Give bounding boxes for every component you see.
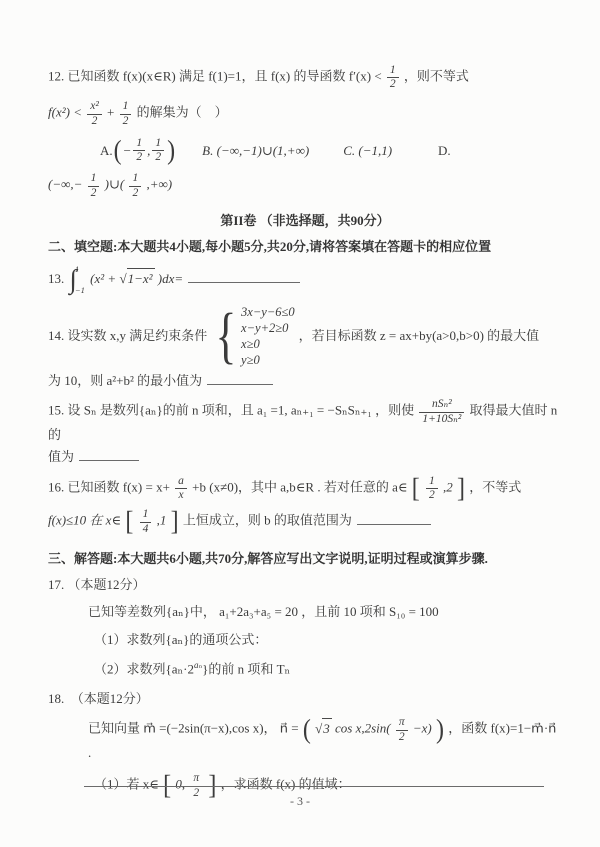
exponent: aₙ: [194, 660, 202, 670]
fraction-numerator: 1: [88, 172, 100, 185]
fraction: π2: [396, 716, 408, 743]
q17-given-text: 已知等差数列{aₙ}中， a₁+2a₃+a₅ = 20 ，且前 10 项和 S₁…: [88, 604, 439, 619]
constraint-2: x−y+2≥0: [241, 320, 295, 336]
q16-stem-text: ，不等式: [469, 480, 521, 495]
fraction-numerator: a: [175, 475, 187, 488]
question-15-line2: 值为: [48, 448, 562, 466]
question-14: 14. 设实数 x,y 满足约束条件 { 3x−y−6≤0 x−y+2≥0 x≥…: [48, 304, 562, 368]
exam-page: 12. 已知函数 f(x)(x∈R) 满足 f(1)=1，且 f(x) 的导函数…: [0, 0, 600, 847]
fraction-numerator: 1: [129, 172, 141, 185]
q16-interval-tail: ,2: [443, 480, 453, 495]
radicand: 1−x²: [127, 268, 155, 288]
fraction-numerator: π: [190, 772, 202, 785]
q13-number: 13.: [48, 271, 64, 286]
question-18-title: 18. （本题12分）: [48, 690, 562, 708]
q14-stem-text: 14. 设实数 x,y 满足约束条件: [48, 327, 207, 345]
q16-line2-text: 上恒成立，则 b 的取值范围为: [183, 513, 352, 528]
fraction-denominator: x: [175, 488, 187, 502]
option-d-continuation: (−∞,− 12 )∪( 12 ,+∞): [48, 172, 562, 199]
fraction-denominator: 2: [120, 114, 132, 128]
q18-title-text: 18. （本题12分）: [48, 691, 149, 706]
minus-sign: −: [123, 142, 132, 160]
fraction: x²2: [87, 100, 102, 127]
fraction-denominator: 1+10Sₙ²: [419, 412, 464, 426]
left-brace: {: [216, 307, 237, 365]
section-3-header: 三、解答题:本大题共6小题,共70分,解答应写出文字说明,证明过程或演算步骤.: [48, 550, 562, 568]
fraction-denominator: 2: [129, 186, 141, 200]
question-17-part1: （1）求数列{aₙ}的通项公式：: [94, 631, 562, 649]
fraction-denominator: 2: [396, 730, 408, 744]
q12-stem-text: 的解集为（ ）: [137, 105, 228, 120]
q14-line2-text: 为 10，则 a²+b² 的最小值为: [48, 373, 202, 388]
q18-part1-text: （1）若 x∈: [94, 777, 159, 792]
q15-stem-text: 15. 设 Sₙ 是数列{aₙ}的前 n 项和，且 a₁ =1, aₙ₊₁ = …: [48, 403, 414, 418]
fraction-numerator: x²: [87, 100, 102, 113]
page-number: - 3 -: [0, 793, 600, 809]
open-bracket: [: [125, 508, 133, 536]
option-d-text: )∪(: [105, 177, 125, 192]
q17-title-text: 17. （本题12分）: [48, 577, 146, 592]
option-d-text: ,+∞): [146, 177, 172, 192]
answer-blank: [207, 372, 273, 385]
constraint-3: x≥0: [241, 336, 295, 352]
fraction-denominator: 2: [387, 77, 399, 91]
square-root: √3: [315, 721, 332, 736]
fraction-numerator: 1: [387, 64, 399, 77]
fraction-denominator: 2: [152, 150, 164, 164]
option-d-label: D.: [438, 142, 451, 160]
close-bracket: ]: [171, 508, 179, 536]
close-paren: ): [436, 716, 444, 744]
q18-part1-text: ，求函数 f(x) 的值域：: [221, 777, 351, 792]
constraint-4: y≥0: [241, 352, 295, 368]
q17-part2-text: （2）求数列{aₙ·2: [94, 661, 194, 676]
integral-limits: 1−1: [75, 265, 85, 295]
option-a: A. ( − 12 , 12 ): [100, 137, 176, 164]
question-12-stem-line2: f(x²) < x²2 + 12 的解集为（ ）: [48, 100, 562, 127]
integral-lower-limit: −1: [75, 286, 85, 295]
constraint-1: 3x−y−6≤0: [241, 304, 295, 320]
q18-given-text: 已知向量 m⃗ =(−2sin(π−x),cos x)， n⃗ =: [88, 721, 299, 736]
fraction: 12: [120, 100, 132, 127]
section-2-title: 二、填空题:本大题共4小题,每小题5分,共20分,请将答案填在答题卡的相应位置: [48, 239, 491, 254]
radical-sign: √: [119, 271, 126, 286]
fraction-numerator: 1: [152, 137, 164, 150]
close-paren: ): [167, 137, 175, 165]
constraint-rows: 3x−y−6≤0 x−y+2≥0 x≥0 y≥0: [241, 304, 295, 368]
section-3-title: 三、解答题:本大题共6小题,共70分,解答应写出文字说明,证明过程或演算步骤.: [48, 551, 488, 566]
fraction-numerator: 1: [426, 475, 438, 488]
fraction-numerator: π: [396, 716, 408, 729]
question-17-given: 已知等差数列{aₙ}中， a₁+2a₃+a₅ = 20 ，且前 10 项和 S₁…: [88, 603, 562, 621]
fraction: 12: [88, 172, 100, 199]
option-d-text: (−∞,−: [48, 177, 82, 192]
integral: ∫ 1−1: [70, 265, 85, 295]
fraction-numerator: nSₙ²: [419, 398, 464, 411]
footer-divider: [84, 786, 544, 787]
open-bracket: [: [412, 475, 420, 503]
question-17-title: 17. （本题12分）: [48, 576, 562, 594]
q16-line2-text: f(x)≤10 在 x∈: [48, 513, 121, 528]
question-16: 16. 已知函数 f(x) = x+ ax +b (x≠0)，其中 a,b∈R …: [48, 475, 562, 502]
constraint-system: { 3x−y−6≤0 x−y+2≥0 x≥0 y≥0: [211, 304, 294, 368]
section-2-header: 二、填空题:本大题共4小题,每小题5分,共20分,请将答案填在答题卡的相应位置: [48, 238, 562, 256]
question-15: 15. 设 Sₙ 是数列{aₙ}的前 n 项和，且 a₁ =1, aₙ₊₁ = …: [48, 398, 562, 443]
fraction-denominator: 2: [88, 186, 100, 200]
fraction-numerator: 1: [120, 100, 132, 113]
question-12-stem-line1: 12. 已知函数 f(x)(x∈R) 满足 f(1)=1，且 f(x) 的导函数…: [48, 64, 562, 91]
q14-stem-text: ，若目标函数 z = ax+by(a>0,b>0) 的最大值: [299, 327, 540, 345]
option-c: C. (−1,1): [343, 142, 392, 160]
question-18-given: 已知向量 m⃗ =(−2sin(π−x),cos x)， n⃗ = ( √3 c…: [88, 716, 562, 761]
fraction-numerator: 1: [140, 508, 152, 521]
volume-header: 第II卷 （非选择题，共90分）: [48, 212, 562, 230]
plus-sign: +: [107, 105, 114, 120]
option-b: B. (−∞,−1)∪(1,+∞): [202, 142, 309, 160]
radicand: 3: [322, 718, 332, 738]
fraction: 12: [387, 64, 399, 91]
q17-part2-text: }的前 n 项和 Tₙ: [202, 661, 290, 676]
q13-integrand-end: )dx=: [158, 271, 183, 286]
close-bracket: ]: [457, 475, 465, 503]
q18-vector-text: −x): [413, 721, 432, 736]
fraction-denominator: 2: [133, 150, 145, 164]
fraction: 12: [426, 475, 438, 502]
option-a-label: A.: [100, 142, 113, 160]
fraction-denominator: 4: [140, 522, 152, 536]
q13-integrand: (x² +: [90, 271, 116, 286]
q18-vector-text: cos x,2sin(: [335, 721, 391, 736]
answer-blank: [357, 512, 431, 525]
fraction: 12: [133, 137, 145, 164]
q17-part1-text: （1）求数列{aₙ}的通项公式：: [94, 632, 267, 647]
fraction: nSₙ²1+10Sₙ²: [419, 398, 464, 425]
fraction: 14: [140, 508, 152, 535]
comma: ,: [147, 142, 150, 160]
q16-stem-text: 16. 已知函数 f(x) = x+: [48, 480, 170, 495]
q18-interval-text: 0,: [175, 777, 185, 792]
q15-line2-text: 值为: [48, 449, 74, 464]
integral-upper-limit: 1: [75, 265, 85, 274]
page-content: 12. 已知函数 f(x)(x∈R) 满足 f(1)=1，且 f(x) 的导函数…: [0, 0, 600, 800]
fraction-numerator: 1: [133, 137, 145, 150]
fraction: ax: [175, 475, 187, 502]
q12-options-row: A. ( − 12 , 12 ) B. (−∞,−1)∪(1,+∞) C. (−…: [100, 137, 562, 164]
square-root: √1−x²: [119, 271, 154, 286]
question-16-line2: f(x)≤10 在 x∈ [ 14 ,1 ] 上恒成立，则 b 的取值范围为: [48, 508, 562, 535]
fraction-denominator: 2: [87, 114, 102, 128]
q12-stem-text: 12. 已知函数 f(x)(x∈R) 满足 f(1)=1，且 f(x) 的导函数…: [48, 69, 382, 84]
q12-inequality: f(x²) <: [48, 105, 82, 120]
fraction: 12: [129, 172, 141, 199]
q16-interval-tail: ,1: [157, 513, 167, 528]
radical-sign: √: [315, 721, 322, 736]
fraction-denominator: 2: [426, 488, 438, 502]
q16-stem-text: +b (x≠0)，其中 a,b∈R . 若对任意的 a∈: [192, 480, 407, 495]
answer-blank: [188, 270, 300, 283]
question-13: 13. ∫ 1−1 (x² + √1−x² )dx=: [48, 265, 562, 295]
fraction: 12: [152, 137, 164, 164]
q12-stem-text: ，则不等式: [404, 69, 469, 84]
open-paren: (: [114, 137, 122, 165]
open-paren: (: [303, 716, 311, 744]
volume-title: 第II卷 （非选择题，共90分）: [220, 213, 389, 228]
question-17-part2: （2）求数列{aₙ·2aₙ}的前 n 项和 Tₙ: [94, 659, 562, 678]
answer-blank: [79, 448, 139, 461]
question-14-line2: 为 10，则 a²+b² 的最小值为: [48, 372, 562, 390]
